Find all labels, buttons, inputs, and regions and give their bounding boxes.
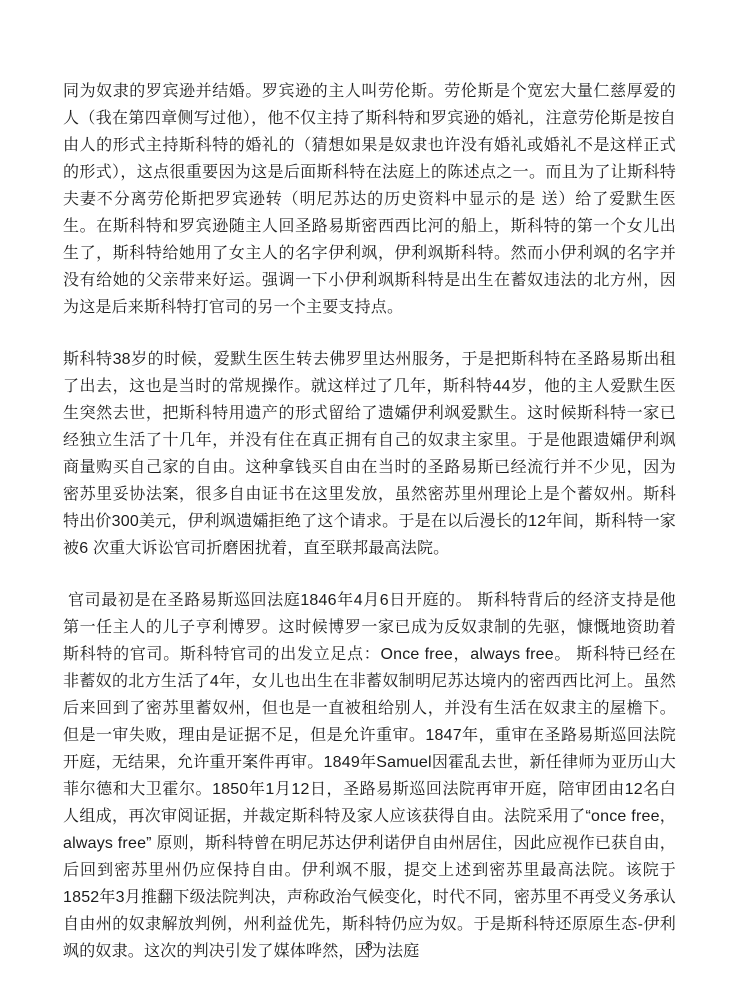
paragraph-2: 斯科特38岁的时候，爱默生医生转去佛罗里达州服务，于是把斯科特在圣路易斯出租了出… (63, 346, 676, 562)
paragraph-3: 官司最初是在圣路易斯巡回法庭1846年4月6日开庭的。 斯科特背后的经济支持是他… (63, 587, 676, 965)
paragraph-1: 同为奴隶的罗宾逊并结婚。罗宾逊的主人叫劳伦斯。劳伦斯是个宽宏大量仁慈厚爱的人（我… (63, 78, 676, 321)
document-body: 同为奴隶的罗宾逊并结婚。罗宾逊的主人叫劳伦斯。劳伦斯是个宽宏大量仁慈厚爱的人（我… (63, 78, 676, 965)
page-number: 8 (0, 938, 738, 953)
document-page: 同为奴隶的罗宾逊并结婚。罗宾逊的主人叫劳伦斯。劳伦斯是个宽宏大量仁慈厚爱的人（我… (0, 0, 738, 1000)
